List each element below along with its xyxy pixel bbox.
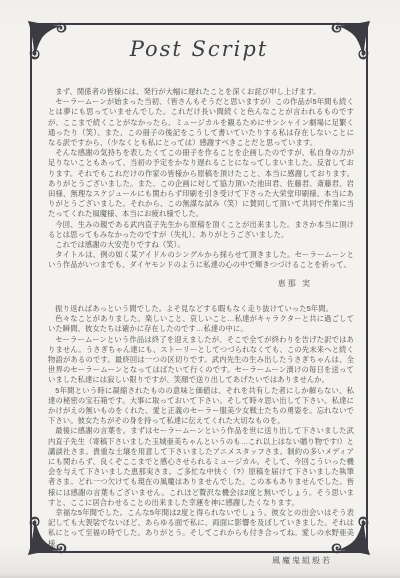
afterword-1-paragraph: タイトルは、例の如く某アイドルのシングルから採らせて頂きました。セーラームーンと… xyxy=(48,250,354,270)
decorative-frame: Post Script まず、関係者の皆様には、発行が大幅に遅れたことを深くお詫… xyxy=(30,23,368,553)
page-title: Post Script xyxy=(32,37,366,61)
afterword-block-1: まず、関係者の皆様には、発行が大幅に遅れたことを深くお詫び申し上げます。 セーラ… xyxy=(48,87,354,289)
afterword-1-paragraph: 今回、生みの親である武内直子先生から原稿を頂くことが出来ました。まさか本当に頂け… xyxy=(48,220,354,240)
afterword-1-paragraph: まず、関係者の皆様には、発行が大幅に遅れたことを深くお詫び申し上げます。 xyxy=(48,87,354,97)
afterword-2-paragraph: 振り返ればあっという間でした。よそ見などする暇もなく走り抜けていった5年間。 xyxy=(48,304,354,314)
signature-author-1: 恵那 実 xyxy=(48,278,354,289)
afterword-1-paragraph: これでは感謝の大安売りですね（笑）。 xyxy=(48,240,354,250)
postscript-page: Post Script まず、関係者の皆様には、発行が大幅に遅れたことを深くお詫… xyxy=(0,0,400,578)
afterword-2-paragraph: 5年間という時に凝縮されたものの意味と価値は、それを共有した者にしか解らない、私… xyxy=(48,386,354,427)
afterword-1-paragraph: セーラームーンが始まった当初、（皆さんもそうだと思いますが）この作品が5年間も続… xyxy=(48,97,354,148)
afterword-2-paragraph: 幸福な5年間でした。こんな5年間は2度と得られないでしょう。彼女との出会いはそう… xyxy=(48,508,354,549)
afterword-2-paragraph: 色々なことがありました。楽しいこと、哀しいこと…私達がキャラクターと共に過ごして… xyxy=(48,314,354,334)
afterword-2-paragraph: セーラームーンという作品は終了を迎えましたが、そこで全てが終わりを告げた訳ではあ… xyxy=(48,335,354,386)
afterword-1-paragraph: そんな感謝の気持ちを表したくてこの冊子を作ることを企画したのですが、私自身の力が… xyxy=(48,148,354,219)
afterword-block-2: 振り返ればあっという間でした。よそ見などする暇もなく走り抜けていった5年間。 色… xyxy=(48,304,354,566)
afterword-2-paragraph: 最後に感謝の言葉を。まずはセーラームーンという作品を世に送り出して下さいました武… xyxy=(48,426,354,508)
signature-author-2: 風魔鬼組般若 xyxy=(48,555,354,566)
